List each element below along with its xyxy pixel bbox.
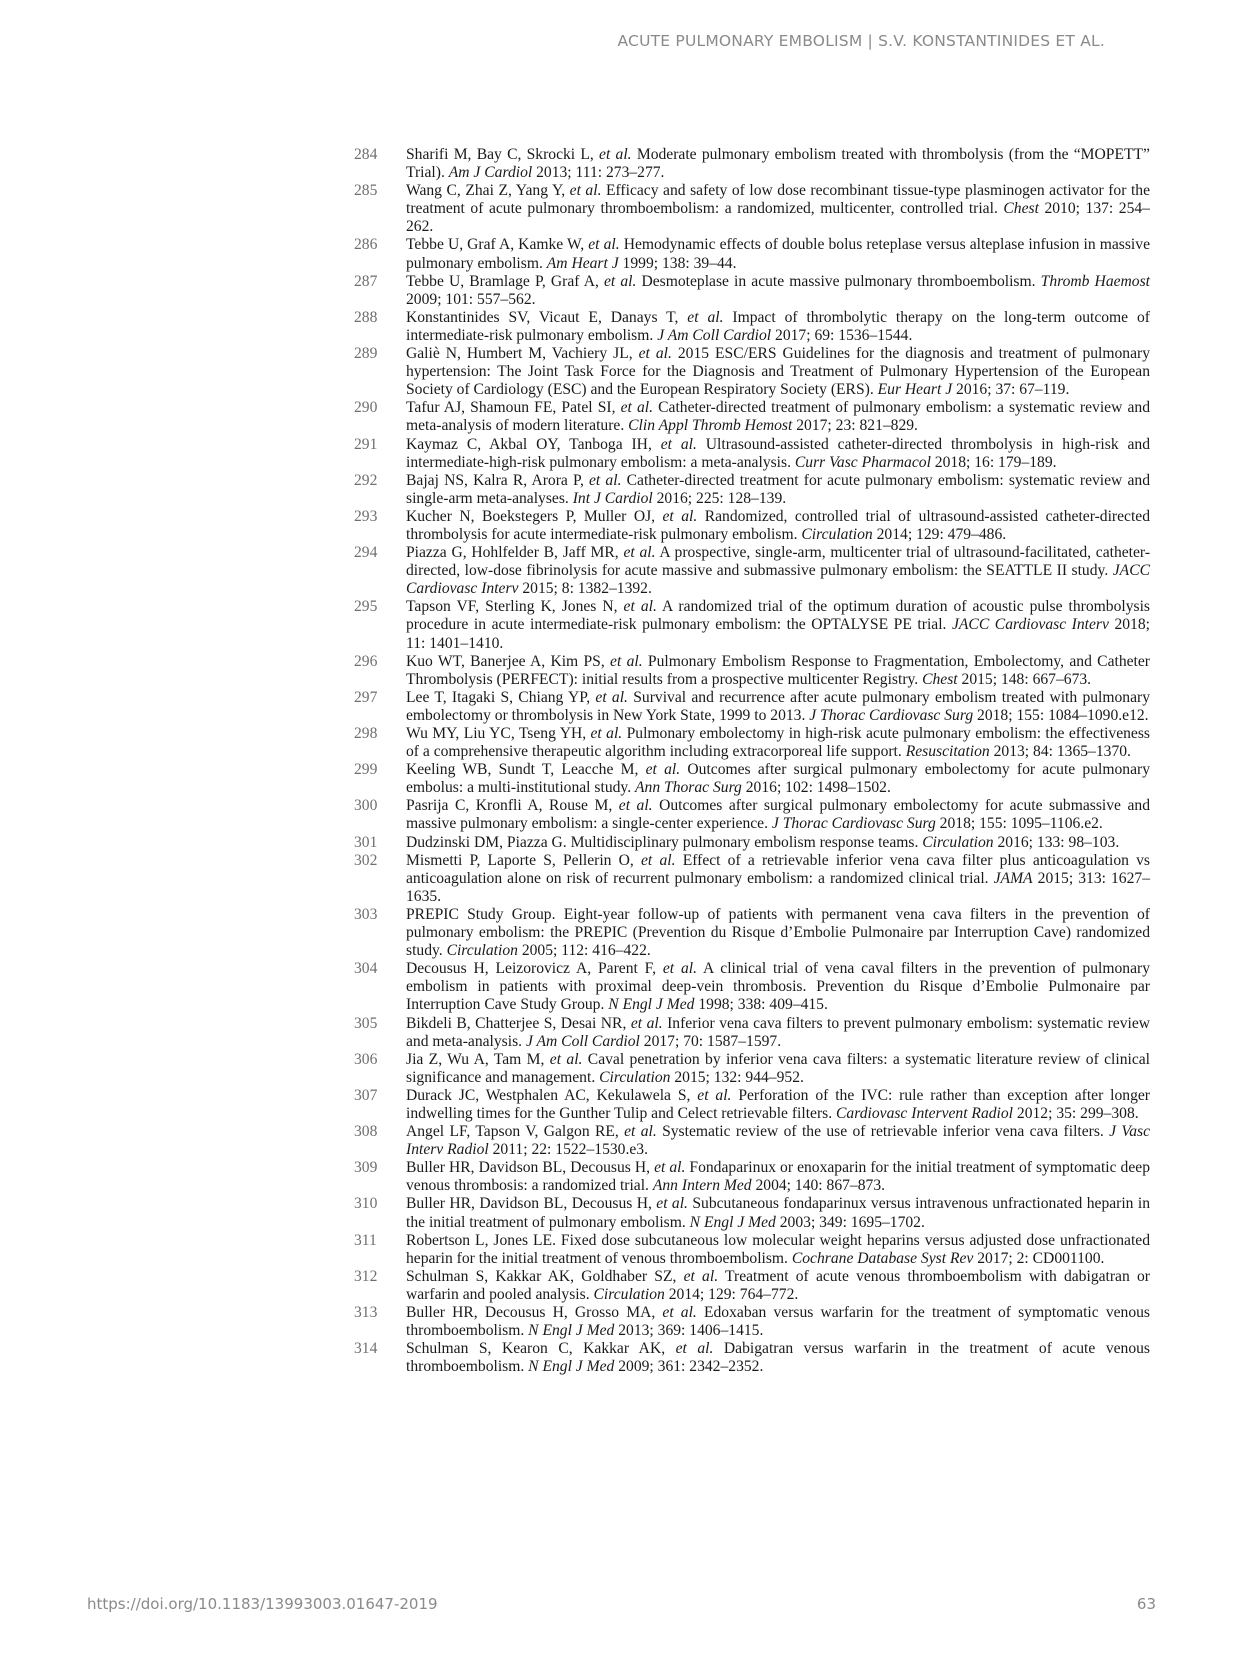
reference-item: 312Schulman S, Kakkar AK, Goldhaber SZ, … xyxy=(354,1268,1150,1304)
reference-list: 284Sharifi M, Bay C, Skrocki L, et al. M… xyxy=(354,146,1150,1376)
reference-item: 313Buller HR, Decousus H, Grosso MA, et … xyxy=(354,1304,1150,1340)
reference-number: 292 xyxy=(354,472,406,508)
et-al: et al. xyxy=(623,544,655,561)
reference-details: 2005; 112: 416–422. xyxy=(518,942,651,959)
et-al: et al. xyxy=(604,273,636,290)
reference-number: 296 xyxy=(354,653,406,689)
reference-number: 293 xyxy=(354,508,406,544)
reference-authors: Piazza G, Hohlfelder B, Jaff MR, xyxy=(406,544,623,561)
et-al: et al. xyxy=(654,1159,685,1176)
et-al: et al. xyxy=(624,598,657,615)
et-al: et al. xyxy=(662,1304,696,1321)
reference-number: 294 xyxy=(354,544,406,598)
reference-item: 305Bikdeli B, Chatterjee S, Desai NR, et… xyxy=(354,1015,1150,1051)
reference-authors: Buller HR, Decousus H, Grosso MA, xyxy=(406,1304,662,1321)
reference-item: 303PREPIC Study Group. Eight-year follow… xyxy=(354,906,1150,960)
et-al: et al. xyxy=(684,1268,719,1285)
reference-authors: Galiè N, Humbert M, Vachiery JL, xyxy=(406,345,639,362)
reference-number: 295 xyxy=(354,598,406,652)
reference-item: 311Robertson L, Jones LE. Fixed dose sub… xyxy=(354,1232,1150,1268)
journal-name: Resuscitation xyxy=(906,743,990,760)
reference-number: 303 xyxy=(354,906,406,960)
reference-details: 1999; 138: 39–44. xyxy=(619,255,737,272)
reference-text: Sharifi M, Bay C, Skrocki L, et al. Mode… xyxy=(406,146,1150,182)
reference-text: PREPIC Study Group. Eight-year follow-up… xyxy=(406,906,1150,960)
reference-authors: Decousus H, Leizorovicz A, Parent F, xyxy=(406,960,663,977)
reference-details: 2013; 369: 1406–1415. xyxy=(614,1322,763,1339)
reference-text: Mismetti P, Laporte S, Pellerin O, et al… xyxy=(406,852,1150,906)
reference-authors: Lee T, Itagaki S, Chiang YP, xyxy=(406,689,595,706)
reference-text: Robertson L, Jones LE. Fixed dose subcut… xyxy=(406,1232,1150,1268)
journal-name: J Am Coll Cardiol xyxy=(526,1033,640,1050)
reference-title: Desmoteplase in acute massive pulmonary … xyxy=(636,273,1040,290)
journal-name: N Engl J Med xyxy=(528,1322,614,1339)
et-al: et al. xyxy=(663,508,698,525)
reference-text: Kuo WT, Banerjee A, Kim PS, et al. Pulmo… xyxy=(406,653,1150,689)
reference-text: Tafur AJ, Shamoun FE, Patel SI, et al. C… xyxy=(406,399,1150,435)
reference-number: 311 xyxy=(354,1232,406,1268)
reference-item: 298Wu MY, Liu YC, Tseng YH, et al. Pulmo… xyxy=(354,725,1150,761)
reference-authors: Schulman S, Kakkar AK, Goldhaber SZ, xyxy=(406,1268,684,1285)
reference-text: Buller HR, Decousus H, Grosso MA, et al.… xyxy=(406,1304,1150,1340)
journal-name: Circulation xyxy=(599,1069,670,1086)
reference-text: Bikdeli B, Chatterjee S, Desai NR, et al… xyxy=(406,1015,1150,1051)
reference-title: Systematic review of the use of retrieva… xyxy=(657,1123,1109,1140)
doi-link[interactable]: https://doi.org/10.1183/13993003.01647-2… xyxy=(87,1595,438,1613)
reference-number: 307 xyxy=(354,1087,406,1123)
reference-item: 288Konstantinides SV, Vicaut E, Danays T… xyxy=(354,309,1150,345)
reference-details: 2012; 35: 299–308. xyxy=(1013,1105,1139,1122)
journal-name: Clin Appl Thromb Hemost xyxy=(628,417,792,434)
reference-text: Decousus H, Leizorovicz A, Parent F, et … xyxy=(406,960,1150,1014)
reference-authors: Buller HR, Davidson BL, Decousus H, xyxy=(406,1159,654,1176)
reference-number: 300 xyxy=(354,797,406,833)
reference-text: Bajaj NS, Kalra R, Arora P, et al. Cathe… xyxy=(406,472,1150,508)
et-al: et al. xyxy=(595,689,628,706)
reference-text: Jia Z, Wu A, Tam M, et al. Caval penetra… xyxy=(406,1051,1150,1087)
et-al: et al. xyxy=(570,182,602,199)
journal-name: Am Heart J xyxy=(547,255,619,272)
et-al: et al. xyxy=(656,1195,688,1212)
reference-number: 306 xyxy=(354,1051,406,1087)
reference-text: Schulman S, Kakkar AK, Goldhaber SZ, et … xyxy=(406,1268,1150,1304)
journal-name: Int J Cardiol xyxy=(573,490,653,507)
reference-item: 306Jia Z, Wu A, Tam M, et al. Caval pene… xyxy=(354,1051,1150,1087)
reference-details: 2018; 16: 179–189. xyxy=(931,454,1057,471)
reference-authors: Kuo WT, Banerjee A, Kim PS, xyxy=(406,653,610,670)
journal-name: Cochrane Database Syst Rev xyxy=(792,1250,973,1267)
reference-item: 314Schulman S, Kearon C, Kakkar AK, et a… xyxy=(354,1340,1150,1376)
reference-number: 289 xyxy=(354,345,406,399)
et-al: et al. xyxy=(646,761,681,778)
reference-text: Wu MY, Liu YC, Tseng YH, et al. Pulmonar… xyxy=(406,725,1150,761)
reference-number: 290 xyxy=(354,399,406,435)
et-al: et al. xyxy=(550,1051,583,1068)
journal-name: Am J Cardiol xyxy=(449,164,532,181)
reference-details: 2003; 349: 1695–1702. xyxy=(776,1214,925,1231)
reference-number: 302 xyxy=(354,852,406,906)
et-al: et al. xyxy=(621,399,653,416)
reference-details: 2004; 140: 867–873. xyxy=(752,1177,885,1194)
et-al: et al. xyxy=(639,345,672,362)
journal-name: Cardiovasc Intervent Radiol xyxy=(836,1105,1013,1122)
reference-authors: Pasrija C, Kronfli A, Rouse M, xyxy=(406,797,619,814)
reference-authors: Tebbe U, Graf A, Kamke W, xyxy=(406,236,588,253)
reference-number: 286 xyxy=(354,236,406,272)
reference-authors: Bikdeli B, Chatterjee S, Desai NR, xyxy=(406,1015,631,1032)
et-al: et al. xyxy=(619,797,653,814)
reference-details: 2014; 129: 764–772. xyxy=(665,1286,798,1303)
reference-details: 2017; 69: 1536–1544. xyxy=(771,327,912,344)
journal-name: Thromb Haemost xyxy=(1041,273,1150,290)
reference-text: Dudzinski DM, Piazza G. Multidisciplinar… xyxy=(406,834,1150,852)
reference-details: 2016; 225: 128–139. xyxy=(653,490,786,507)
reference-details: 2009; 361: 2342–2352. xyxy=(614,1358,763,1375)
journal-name: J Am Coll Cardiol xyxy=(657,327,771,344)
reference-number: 310 xyxy=(354,1195,406,1231)
et-al: et al. xyxy=(624,1123,657,1140)
reference-authors: Konstantinides SV, Vicaut E, Danays T, xyxy=(406,309,687,326)
et-al: et al. xyxy=(661,436,697,453)
reference-item: 293Kucher N, Boekstegers P, Muller OJ, e… xyxy=(354,508,1150,544)
reference-authors: Wu MY, Liu YC, Tseng YH, xyxy=(406,725,591,742)
reference-details: 2013; 84: 1365–1370. xyxy=(990,743,1131,760)
journal-name: Circulation xyxy=(922,834,993,851)
reference-number: 299 xyxy=(354,761,406,797)
reference-details: 2011; 22: 1522–1530.e3. xyxy=(489,1141,648,1158)
reference-item: 301Dudzinski DM, Piazza G. Multidiscipli… xyxy=(354,834,1150,852)
reference-item: 295Tapson VF, Sterling K, Jones N, et al… xyxy=(354,598,1150,652)
reference-item: 300Pasrija C, Kronfli A, Rouse M, et al.… xyxy=(354,797,1150,833)
reference-authors: Sharifi M, Bay C, Skrocki L, xyxy=(406,146,599,163)
reference-details: 2017; 2: CD001100. xyxy=(973,1250,1104,1267)
journal-name: N Engl J Med xyxy=(690,1214,776,1231)
page-number: 63 xyxy=(1137,1595,1156,1613)
reference-details: 1998; 338: 409–415. xyxy=(694,996,827,1013)
reference-number: 297 xyxy=(354,689,406,725)
reference-details: 2016; 102: 1498–1502. xyxy=(742,779,891,796)
reference-authors: Buller HR, Davidson BL, Decousus H, xyxy=(406,1195,656,1212)
reference-text: Tebbe U, Graf A, Kamke W, et al. Hemodyn… xyxy=(406,236,1150,272)
et-al: et al. xyxy=(588,236,619,253)
reference-details: 2014; 129: 479–486. xyxy=(873,526,1006,543)
reference-text: Tebbe U, Bramlage P, Graf A, et al. Desm… xyxy=(406,273,1150,309)
journal-name: Chest xyxy=(922,671,958,688)
reference-number: 288 xyxy=(354,309,406,345)
reference-text: Kaymaz C, Akbal OY, Tanboga IH, et al. U… xyxy=(406,436,1150,472)
reference-authors: Angel LF, Tapson V, Galgon RE, xyxy=(406,1123,624,1140)
journal-name: Curr Vasc Pharmacol xyxy=(795,454,931,471)
reference-authors: Tebbe U, Bramlage P, Graf A, xyxy=(406,273,604,290)
reference-text: Schulman S, Kearon C, Kakkar AK, et al. … xyxy=(406,1340,1150,1376)
reference-text: Galiè N, Humbert M, Vachiery JL, et al. … xyxy=(406,345,1150,399)
reference-text: Tapson VF, Sterling K, Jones N, et al. A… xyxy=(406,598,1150,652)
reference-authors: Tapson VF, Sterling K, Jones N, xyxy=(406,598,624,615)
reference-number: 313 xyxy=(354,1304,406,1340)
reference-authors: Kucher N, Boekstegers P, Muller OJ, xyxy=(406,508,663,525)
et-al: et al. xyxy=(687,309,723,326)
reference-authors: Jia Z, Wu A, Tam M, xyxy=(406,1051,550,1068)
reference-text: Durack JC, Westphalen AC, Kekulawela S, … xyxy=(406,1087,1150,1123)
reference-item: 284Sharifi M, Bay C, Skrocki L, et al. M… xyxy=(354,146,1150,182)
reference-item: 302Mismetti P, Laporte S, Pellerin O, et… xyxy=(354,852,1150,906)
reference-details: 2015; 148: 667–673. xyxy=(958,671,1091,688)
et-al: et al. xyxy=(697,1087,731,1104)
reference-number: 309 xyxy=(354,1159,406,1195)
reference-details: 2018; 155: 1095–1106.e2. xyxy=(936,815,1103,832)
reference-authors: Tafur AJ, Shamoun FE, Patel SI, xyxy=(406,399,621,416)
reference-text: Buller HR, Davidson BL, Decousus H, et a… xyxy=(406,1195,1150,1231)
reference-item: 297Lee T, Itagaki S, Chiang YP, et al. S… xyxy=(354,689,1150,725)
reference-text: Lee T, Itagaki S, Chiang YP, et al. Surv… xyxy=(406,689,1150,725)
reference-details: 2009; 101: 557–562. xyxy=(406,291,536,308)
reference-authors: Mismetti P, Laporte S, Pellerin O, xyxy=(406,852,641,869)
reference-item: 296Kuo WT, Banerjee A, Kim PS, et al. Pu… xyxy=(354,653,1150,689)
reference-number: 314 xyxy=(354,1340,406,1376)
et-al: et al. xyxy=(599,146,632,163)
reference-details: 2017; 23: 821–829. xyxy=(792,417,918,434)
reference-item: 290Tafur AJ, Shamoun FE, Patel SI, et al… xyxy=(354,399,1150,435)
journal-name: JACC Cardiovasc Interv xyxy=(952,616,1109,633)
et-al: et al. xyxy=(663,960,697,977)
reference-item: 289Galiè N, Humbert M, Vachiery JL, et a… xyxy=(354,345,1150,399)
reference-text: Piazza G, Hohlfelder B, Jaff MR, et al. … xyxy=(406,544,1150,598)
reference-details: 2013; 111: 273–277. xyxy=(532,164,664,181)
et-al: et al. xyxy=(589,472,621,489)
reference-details: 2015; 8: 1382–1392. xyxy=(518,580,651,597)
reference-item: 285Wang C, Zhai Z, Yang Y, et al. Effica… xyxy=(354,182,1150,236)
reference-authors: Durack JC, Westphalen AC, Kekulawela S, xyxy=(406,1087,697,1104)
reference-item: 292Bajaj NS, Kalra R, Arora P, et al. Ca… xyxy=(354,472,1150,508)
reference-text: Pasrija C, Kronfli A, Rouse M, et al. Ou… xyxy=(406,797,1150,833)
reference-item: 287Tebbe U, Bramlage P, Graf A, et al. D… xyxy=(354,273,1150,309)
journal-name: Ann Intern Med xyxy=(653,1177,752,1194)
reference-details: 2015; 132: 944–952. xyxy=(670,1069,803,1086)
et-al: et al. xyxy=(591,725,623,742)
reference-number: 312 xyxy=(354,1268,406,1304)
reference-item: 310Buller HR, Davidson BL, Decousus H, e… xyxy=(354,1195,1150,1231)
reference-item: 286Tebbe U, Graf A, Kamke W, et al. Hemo… xyxy=(354,236,1150,272)
journal-name: Circulation xyxy=(447,942,518,959)
reference-number: 298 xyxy=(354,725,406,761)
reference-item: 299Keeling WB, Sundt T, Leacche M, et al… xyxy=(354,761,1150,797)
journal-name: Chest xyxy=(1003,200,1039,217)
reference-number: 305 xyxy=(354,1015,406,1051)
reference-number: 285 xyxy=(354,182,406,236)
reference-details: 2018; 155: 1084–1090.e12. xyxy=(973,707,1148,724)
journal-name: Circulation xyxy=(594,1286,665,1303)
reference-item: 304Decousus H, Leizorovicz A, Parent F, … xyxy=(354,960,1150,1014)
et-al: et al. xyxy=(641,852,675,869)
journal-name: J Thorac Cardiovasc Surg xyxy=(809,707,973,724)
journal-name: J Thorac Cardiovasc Surg xyxy=(772,815,936,832)
reference-text: Angel LF, Tapson V, Galgon RE, et al. Sy… xyxy=(406,1123,1150,1159)
reference-details: 2017; 70: 1587–1597. xyxy=(640,1033,781,1050)
reference-number: 304 xyxy=(354,960,406,1014)
reference-text: Kucher N, Boekstegers P, Muller OJ, et a… xyxy=(406,508,1150,544)
running-head: ACUTE PULMONARY EMBOLISM | S.V. KONSTANT… xyxy=(618,32,1105,50)
reference-details: 2016; 37: 67–119. xyxy=(952,381,1069,398)
reference-number: 308 xyxy=(354,1123,406,1159)
reference-item: 307Durack JC, Westphalen AC, Kekulawela … xyxy=(354,1087,1150,1123)
reference-number: 291 xyxy=(354,436,406,472)
reference-number: 284 xyxy=(354,146,406,182)
reference-authors: Keeling WB, Sundt T, Leacche M, xyxy=(406,761,646,778)
reference-text: Wang C, Zhai Z, Yang Y, et al. Efficacy … xyxy=(406,182,1150,236)
reference-number: 287 xyxy=(354,273,406,309)
reference-item: 291Kaymaz C, Akbal OY, Tanboga IH, et al… xyxy=(354,436,1150,472)
reference-item: 294Piazza G, Hohlfelder B, Jaff MR, et a… xyxy=(354,544,1150,598)
et-al: et al. xyxy=(676,1340,714,1357)
reference-number: 301 xyxy=(354,834,406,852)
reference-text: Konstantinides SV, Vicaut E, Danays T, e… xyxy=(406,309,1150,345)
journal-name: N Engl J Med xyxy=(528,1358,614,1375)
journal-name: Eur Heart J xyxy=(878,381,953,398)
reference-text: Buller HR, Davidson BL, Decousus H, et a… xyxy=(406,1159,1150,1195)
reference-item: 308Angel LF, Tapson V, Galgon RE, et al.… xyxy=(354,1123,1150,1159)
et-al: et al. xyxy=(610,653,643,670)
reference-authors: Schulman S, Kearon C, Kakkar AK, xyxy=(406,1340,676,1357)
reference-authors: Dudzinski DM, Piazza G. Multidisciplinar… xyxy=(406,834,922,851)
reference-authors: Wang C, Zhai Z, Yang Y, xyxy=(406,182,570,199)
journal-name: N Engl J Med xyxy=(608,996,694,1013)
journal-name: Circulation xyxy=(801,526,872,543)
reference-authors: Bajaj NS, Kalra R, Arora P, xyxy=(406,472,589,489)
journal-name: Ann Thorac Surg xyxy=(635,779,742,796)
journal-name: JAMA xyxy=(994,870,1033,887)
et-al: et al. xyxy=(631,1015,663,1032)
reference-details: 2016; 133: 98–103. xyxy=(994,834,1120,851)
reference-authors: Kaymaz C, Akbal OY, Tanboga IH, xyxy=(406,436,661,453)
reference-item: 309Buller HR, Davidson BL, Decousus H, e… xyxy=(354,1159,1150,1195)
reference-text: Keeling WB, Sundt T, Leacche M, et al. O… xyxy=(406,761,1150,797)
